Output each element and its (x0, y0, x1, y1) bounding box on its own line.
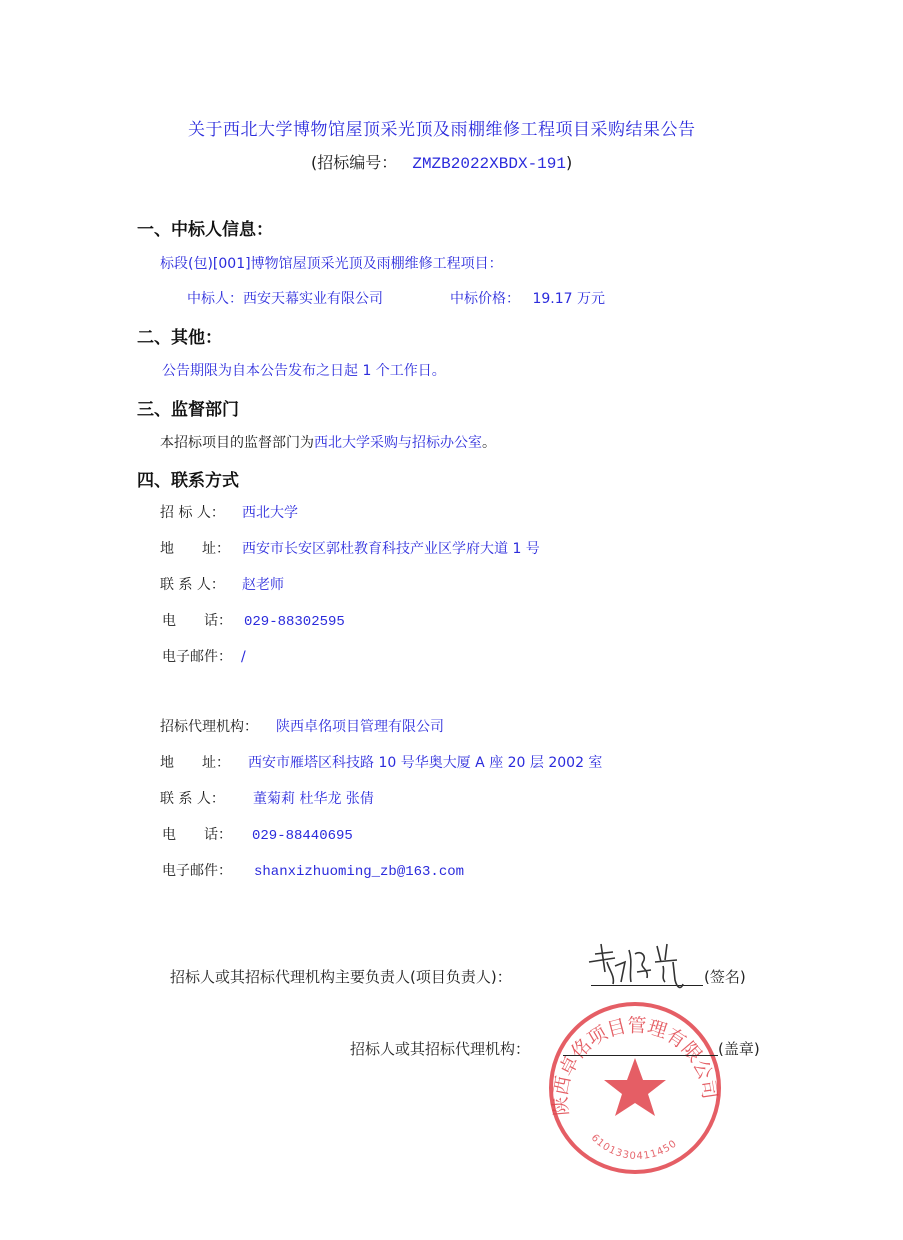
section-heading-other: 二、其他： (137, 323, 222, 348)
tender-number-close: ) (566, 153, 572, 172)
contact-value: 029-88440695 (252, 828, 353, 844)
section-heading-contact: 四、联系方式 (137, 466, 239, 491)
supervision-prefix: 本招标项目的监督部门为 (160, 435, 314, 451)
section-heading-supervision: 三、监督部门 (137, 395, 239, 420)
winner-line: 中标人：西安天幕实业有限公司 (187, 288, 383, 308)
agency-email-row: 电子邮件：shanxizhuoming_zb@163.com (162, 860, 464, 880)
contact-label: 招 标 人： (160, 502, 242, 522)
supervision-text: 本招标项目的监督部门为西北大学采购与招标办公室。 (160, 432, 496, 452)
price-line: 中标价格： 19.17 万元 (450, 288, 605, 308)
signature-icon (585, 932, 695, 992)
contact-value: 西北大学 (242, 505, 298, 521)
agency-phone-row: 电 话：029-88440695 (162, 824, 353, 844)
tender-number-value: ZMZB2022XBDX-191 (412, 155, 566, 173)
company-seal: 陕西卓佲项目管理有限公司 6101330411450 (540, 1000, 730, 1175)
tenderer-address-row: 地 址：西安市长安区郭杜教育科技产业区学府大道 1 号 (160, 538, 540, 558)
contact-label: 地 址： (160, 538, 242, 558)
contact-label: 电 话： (162, 824, 252, 844)
contact-value: 董菊莉 杜华龙 张倩 (253, 791, 374, 807)
contact-value: 西安市雁塔区科技路 10 号华奥大厦 A 座 20 层 2002 室 (248, 755, 602, 771)
seal-line (563, 1055, 718, 1056)
document-title: 关于西北大学博物馆屋顶采光顶及雨棚维修工程项目采购结果公告 (188, 115, 696, 140)
supervision-department: 西北大学采购与招标办公室 (314, 435, 482, 451)
winner-label: 中标人： (187, 291, 243, 307)
signature-person-suffix: (签名) (704, 966, 746, 987)
contact-label: 招标代理机构： (160, 716, 276, 736)
svg-text:6101330411450: 6101330411450 (589, 1132, 680, 1162)
contact-value: / (241, 649, 246, 665)
agency-contact-row: 联 系 人：董菊莉 杜华龙 张倩 (160, 788, 374, 808)
contact-label: 联 系 人： (160, 788, 253, 808)
announcement-period: 公告期限为自本公告发布之日起 1 个工作日。 (162, 360, 446, 380)
contact-value: 赵老师 (242, 577, 284, 593)
contact-label: 联 系 人： (160, 574, 242, 594)
tenderer-email-row: 电子邮件：/ (162, 646, 246, 666)
winner-value: 西安天幕实业有限公司 (243, 291, 383, 307)
signature-person-label: 招标人或其招标代理机构主要负责人(项目负责人)： (170, 966, 512, 987)
lot-description: 标段(包)[001]博物馆屋顶采光顶及雨棚维修工程项目： (160, 253, 503, 273)
price-value: 19.17 万元 (532, 291, 605, 307)
price-label: 中标价格： (450, 291, 520, 307)
contact-label: 电子邮件： (162, 646, 241, 666)
signature-org-suffix: (盖章) (718, 1038, 760, 1059)
contact-value: 029-88302595 (244, 614, 345, 630)
signature-org-label: 招标人或其招标代理机构： (350, 1038, 530, 1059)
contact-label: 地 址： (160, 752, 248, 772)
tenderer-phone-row: 电 话：029-88302595 (162, 610, 345, 630)
handwritten-signature (585, 932, 695, 992)
contact-email: shanxizhuoming_zb@163.com (254, 864, 464, 880)
contact-value: 陕西卓佲项目管理有限公司 (276, 719, 444, 735)
section-heading-winner: 一、中标人信息： (137, 215, 273, 240)
tenderer-name-row: 招 标 人：西北大学 (160, 502, 298, 522)
tender-number-label: (招标编号： (311, 153, 397, 172)
contact-label: 电 话： (162, 610, 244, 630)
agency-address-row: 地 址：西安市雁塔区科技路 10 号华奥大厦 A 座 20 层 2002 室 (160, 752, 602, 772)
tenderer-contact-row: 联 系 人：赵老师 (160, 574, 284, 594)
contact-label: 电子邮件： (162, 860, 254, 880)
seal-icon: 陕西卓佲项目管理有限公司 6101330411450 (540, 1000, 730, 1175)
agency-name-row: 招标代理机构：陕西卓佲项目管理有限公司 (160, 716, 444, 736)
contact-value: 西安市长安区郭杜教育科技产业区学府大道 1 号 (242, 541, 540, 557)
tender-number-line: (招标编号： ZMZB2022XBDX-191) (311, 150, 572, 173)
supervision-suffix: 。 (482, 435, 496, 451)
